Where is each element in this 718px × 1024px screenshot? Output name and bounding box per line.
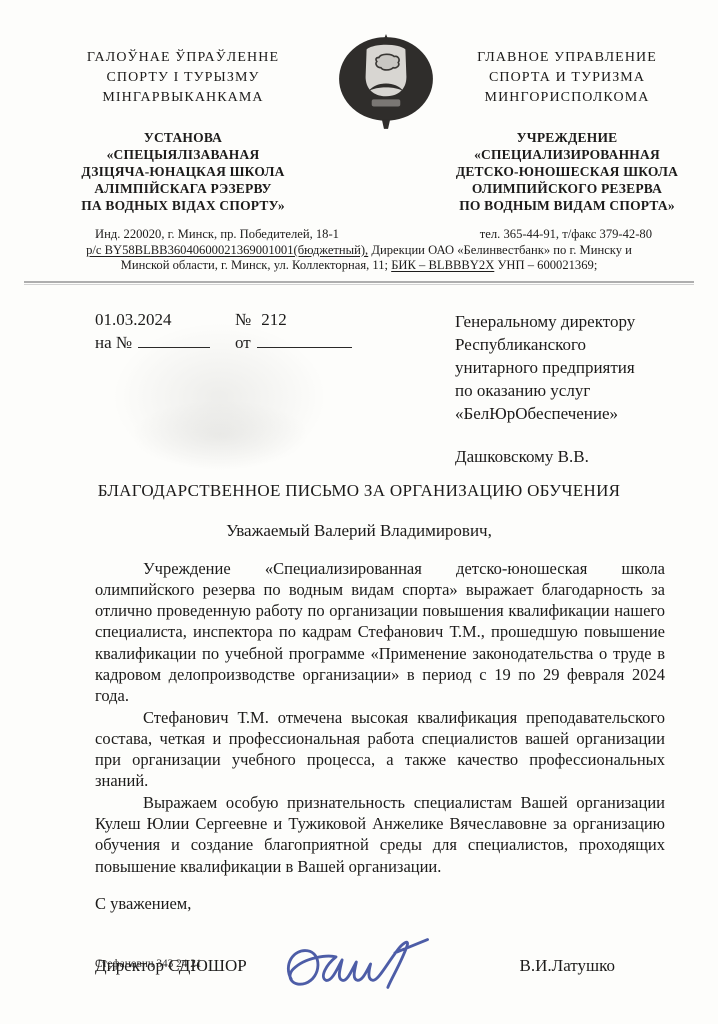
contacts-row-address: Инд. 220020, г. Минск, пр. Победителей, … bbox=[0, 227, 718, 243]
body-paragraph: Выражаем особую признательность специали… bbox=[95, 792, 665, 877]
department-line: СПОРТА И ТУРИЗМА bbox=[442, 68, 692, 88]
signature-block: Директор СДЮШОР В.И.Латушко bbox=[95, 940, 665, 1012]
reply-reference-row: на № от bbox=[95, 331, 360, 354]
organization-line: АЛІМПІЙСКАГА РЭЗЕРВУ bbox=[36, 180, 330, 197]
body-paragraph: Учреждение «Специализированная детско-юн… bbox=[95, 558, 665, 707]
letterhead-left-column: ГАЛОЎНАЕ ЎПРАЎЛЕННЕ СПОРТУ І ТУРЫЗМУ МІН… bbox=[36, 48, 330, 214]
letter-date: 01.03.2024 bbox=[95, 308, 235, 331]
recipient-line: «БелЮрОбеспечение» bbox=[455, 402, 690, 425]
phone-numbers: тел. 365-44-91, т/факс 379-42-80 bbox=[480, 227, 652, 243]
date-number-row: 01.03.2024 №212 bbox=[95, 308, 360, 331]
letterhead-right-column: ГЛАВНОЕ УПРАВЛЕНИЕ СПОРТА И ТУРИЗМА МИНГ… bbox=[442, 48, 692, 214]
body-paragraph: Стефанович Т.М. отмечена высокая квалифи… bbox=[95, 707, 665, 792]
organization-line: ДЕТСКО-ЮНОШЕСКАЯ ШКОЛА bbox=[442, 163, 692, 180]
organization-line: УСТАНОВА bbox=[36, 129, 330, 146]
department-line: СПОРТУ І ТУРЫЗМУ bbox=[36, 68, 330, 88]
number-value: 212 bbox=[261, 310, 287, 329]
reply-from-label: от bbox=[235, 333, 251, 352]
organization-line: ДЗІЦЯЧА-ЮНАЦКАЯ ШКОЛА bbox=[36, 163, 330, 180]
contacts-row-bik: Минской области, г. Минск, ул. Коллектор… bbox=[0, 258, 718, 274]
handwritten-signature bbox=[277, 926, 455, 1011]
organization-name-russian: УЧРЕЖДЕНИЕ «СПЕЦИАЛИЗИРОВАННАЯ ДЕТСКО-ЮН… bbox=[442, 129, 692, 214]
closing-line: С уважением, bbox=[95, 894, 665, 914]
unp-code: УНП – 600021369; bbox=[494, 258, 597, 272]
bik-code: БИК – BLBBBY2X bbox=[391, 258, 494, 272]
department-line: МИНГОРИСПОЛКОМА bbox=[442, 88, 692, 108]
bank-address: Минской области, г. Минск, ул. Коллектор… bbox=[121, 258, 392, 272]
reference-and-recipient: 01.03.2024 №212 на № от Генеральному дир… bbox=[95, 308, 718, 468]
organization-line: ПА ВОДНЫХ ВІДАХ СПОРТУ» bbox=[36, 197, 330, 214]
letter-title: БЛАГОДАРСТВЕННОЕ ПИСЬМО ЗА ОРГАНИЗАЦИЮ О… bbox=[0, 481, 718, 501]
letterhead: ГАЛОЎНАЕ ЎПРАЎЛЕННЕ СПОРТУ І ТУРЫЗМУ МІН… bbox=[0, 0, 718, 214]
contacts-block: Инд. 220020, г. Минск, пр. Победителей, … bbox=[0, 227, 718, 274]
department-line: МІНГАРВЫКАНКАМА bbox=[36, 88, 330, 108]
salutation: Уважаемый Валерий Владимирович, bbox=[0, 521, 718, 541]
letter-number: №212 bbox=[235, 308, 287, 331]
postal-address: Инд. 220020, г. Минск, пр. Победителей, … bbox=[95, 227, 339, 243]
signer-title: Директор СДЮШОР bbox=[95, 940, 247, 1012]
recipient-line: по оказанию услуг bbox=[455, 379, 690, 402]
department-name-russian: ГЛАВНОЕ УПРАВЛЕНИЕ СПОРТА И ТУРИЗМА МИНГ… bbox=[442, 48, 692, 108]
organization-line: ПО ВОДНЫМ ВИДАМ СПОРТА» bbox=[442, 197, 692, 214]
blank-line bbox=[138, 333, 210, 348]
department-name-belarusian: ГАЛОЎНАЕ ЎПРАЎЛЕННЕ СПОРТУ І ТУРЫЗМУ МІН… bbox=[36, 48, 330, 108]
reply-number-field: на № bbox=[95, 331, 235, 354]
bank-account: р/с BY58BLBB36040600021369001001(бюджетн… bbox=[86, 243, 368, 257]
scanned-letter-page: ГАЛОЎНАЕ ЎПРАЎЛЕННЕ СПОРТУ І ТУРЫЗМУ МІН… bbox=[0, 0, 718, 1024]
organization-line: УЧРЕЖДЕНИЕ bbox=[442, 129, 692, 146]
blank-line bbox=[257, 333, 352, 348]
executor-reference: Стефанович 343 24 21 bbox=[95, 958, 202, 970]
recipient-address-block: Генеральному директору Республиканского … bbox=[455, 308, 690, 468]
recipient-name: Дашковскому В.В. bbox=[455, 445, 690, 468]
department-line: ГЛАВНОЕ УПРАВЛЕНИЕ bbox=[442, 48, 692, 68]
reply-from-field: от bbox=[235, 331, 352, 354]
organization-line: ОЛИМПИЙСКОГО РЕЗЕРВА bbox=[442, 180, 692, 197]
department-line: ГАЛОЎНАЕ ЎПРАЎЛЕННЕ bbox=[36, 48, 330, 68]
organization-name-belarusian: УСТАНОВА «СПЕЦЫЯЛІЗАВАНАЯ ДЗІЦЯЧА-ЮНАЦКА… bbox=[36, 129, 330, 214]
contacts-row-account: р/с BY58BLBB36040600021369001001(бюджетн… bbox=[0, 243, 718, 259]
recipient-line: унитарного предприятия bbox=[455, 356, 690, 379]
number-sign: № bbox=[235, 310, 251, 329]
recipient-line: Генеральному директору bbox=[455, 310, 690, 333]
letterhead-divider-rule bbox=[24, 281, 694, 285]
organization-line: «СПЕЦЫЯЛІЗАВАНАЯ bbox=[36, 146, 330, 163]
letter-body: Учреждение «Специализированная детско-юн… bbox=[95, 558, 665, 877]
coat-of-arms-icon bbox=[330, 32, 442, 134]
outgoing-reference-block: 01.03.2024 №212 на № от bbox=[95, 308, 360, 468]
signer-name: В.И.Латушко bbox=[520, 940, 615, 1012]
bank-name: Дирекции ОАО «Белинвестбанк» по г. Минск… bbox=[368, 243, 632, 257]
reply-number-label: на № bbox=[95, 333, 132, 352]
recipient-line: Республиканского bbox=[455, 333, 690, 356]
organization-line: «СПЕЦИАЛИЗИРОВАННАЯ bbox=[442, 146, 692, 163]
